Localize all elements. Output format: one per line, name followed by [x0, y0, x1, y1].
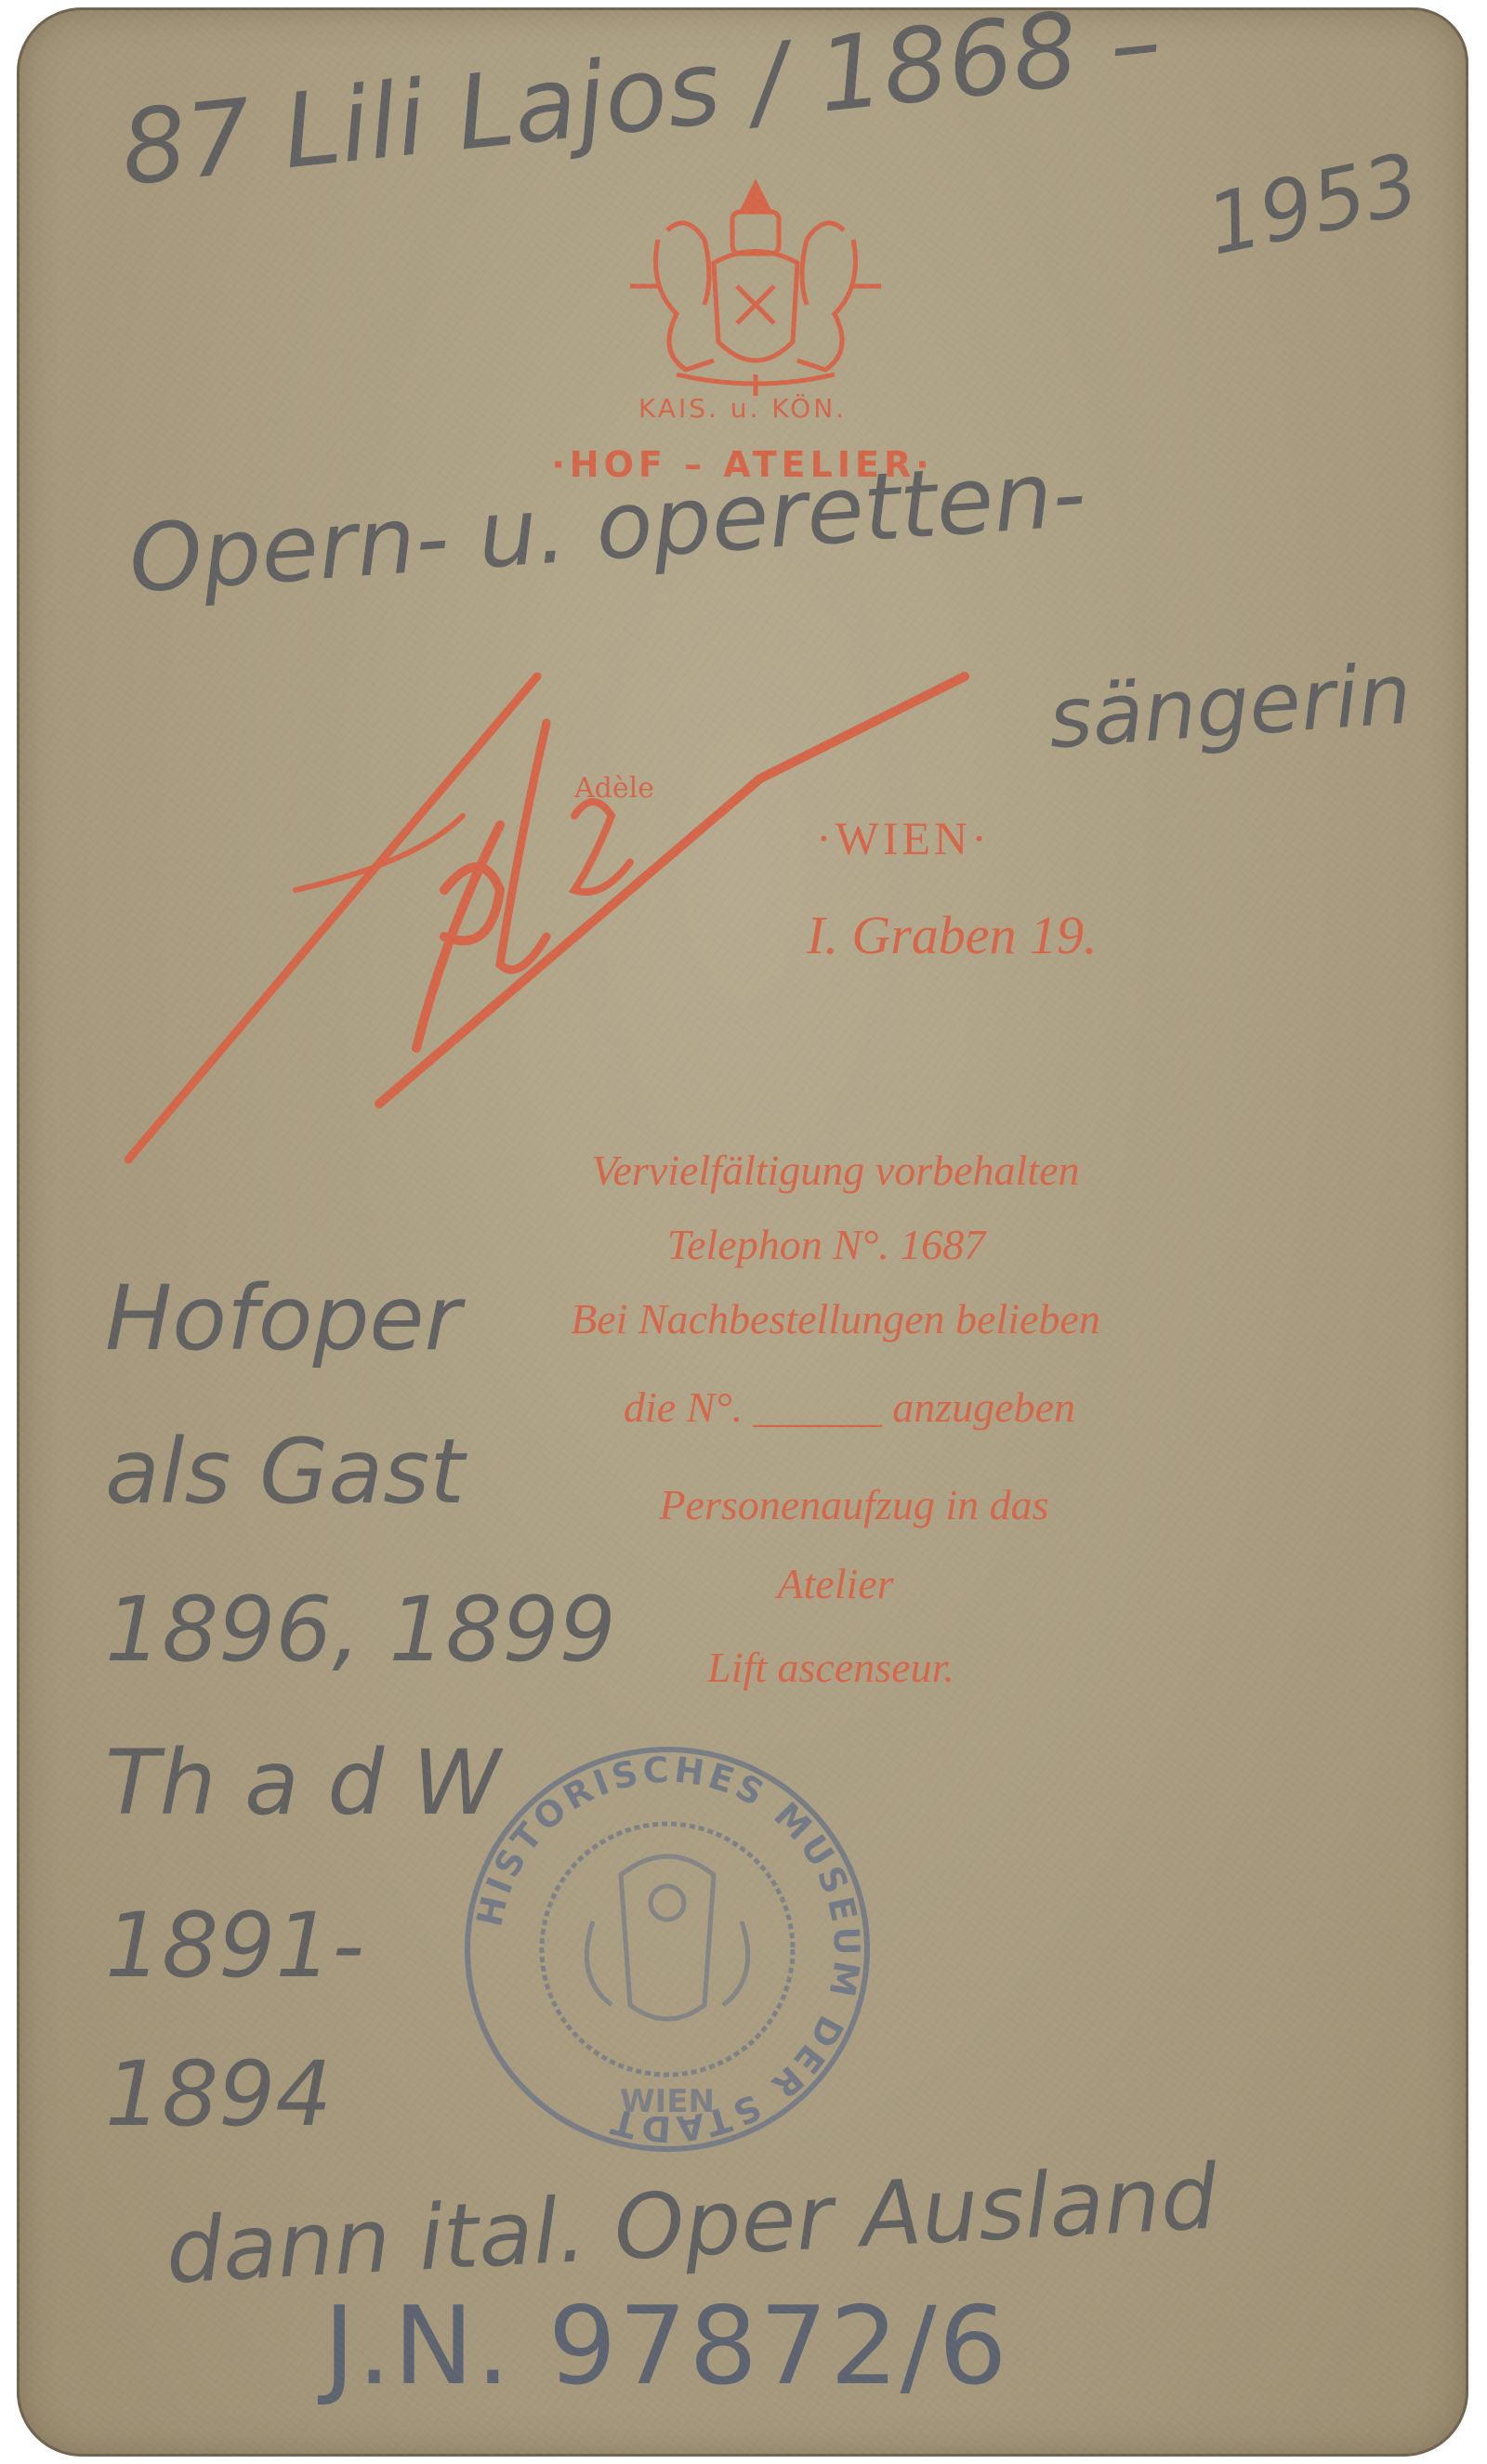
handwriting-left-note: 1894 — [105, 2042, 332, 2146]
imperial-crest-icon — [602, 175, 909, 398]
handwriting-left-note: Hofoper — [105, 1266, 461, 1370]
handwriting-left-note: Th a d W — [105, 1731, 501, 1835]
stamp-city-text: WIEN — [620, 2083, 715, 2120]
handwriting-role-line-2: sängerin — [1046, 646, 1415, 768]
handwriting-left-note: als Gast — [105, 1420, 465, 1524]
eagle-icon — [586, 1856, 747, 2019]
handwriting-left-note: 1896, 1899 — [105, 1578, 616, 1682]
museum-stamp: HISTORISCHES MUSEUM DER STADT WIEN — [454, 1736, 881, 2163]
warrant-line-1: KAIS. u. KÖN. — [17, 393, 1468, 424]
notice-line-reproduction: Vervielfältigung vorbehalten — [203, 1146, 1468, 1195]
city-name: ·WIEN· — [816, 811, 991, 865]
signature-text: Adèle — [573, 772, 654, 805]
notice-line-telephone: Telephon N°. 1687 — [184, 1220, 1468, 1269]
studio-address: I. Graben 19. — [807, 904, 1098, 966]
handwriting-top-death-year: 1953 — [1199, 135, 1428, 274]
handwriting-bottom-note: dann ital. Oper Ausland — [164, 2144, 1219, 2303]
inventory-number: J.N. 97872/6 — [323, 2284, 1009, 2409]
handwriting-left-note: 1891- — [105, 1894, 364, 1998]
photo-card-back: KAIS. u. KÖN. ·HOF – ATELIER· Adèle ·WIE… — [17, 7, 1468, 2457]
order-number-field: die N°. ______ anzugeben — [624, 1383, 1075, 1431]
